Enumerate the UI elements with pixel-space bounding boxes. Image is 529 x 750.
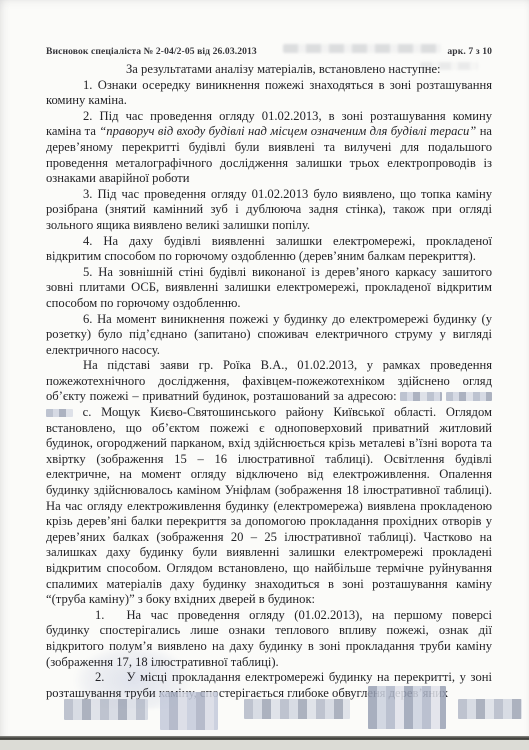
- finding-item-1: 1. Ознаки осередку виникнення пожежі зна…: [46, 78, 492, 109]
- inspection-text: с. Мощук Києво-Святошинського району Киї…: [46, 405, 492, 606]
- observation-2-number: 2.: [95, 670, 104, 684]
- page-number-marker: арк. 7 з 10: [447, 46, 492, 57]
- redacted-footer-block: [64, 699, 148, 720]
- scanner-background: [0, 740, 529, 750]
- finding-item-5: 5. На зовнішній стіні будівлі виконаної …: [46, 265, 492, 312]
- finding-item-3: 3. Під час проведення огляду 01.02.2013 …: [46, 187, 492, 234]
- redacted-footer-block: [458, 699, 522, 719]
- document-header-title: Висновок спеціаліста № 2-04/2-05 від 26.…: [46, 46, 257, 57]
- redacted-address-block: [446, 392, 492, 401]
- observation-1-number: 1.: [95, 608, 104, 622]
- inspection-paragraph: На підставі заяви гр. Роїка В.А., 01.02.…: [46, 358, 492, 608]
- finding-item-2: 2. Під час проведення огляду 01.02.2013,…: [46, 109, 492, 187]
- redacted-footer-block: [160, 692, 218, 730]
- observation-item-1: 1.На час проведення огляду (01.02.2013),…: [46, 608, 492, 670]
- finding-item-4: 4. На даху будівлі виявленні залишки еле…: [46, 234, 492, 265]
- document-body: За результатами аналізу матеріалів, вста…: [46, 62, 492, 701]
- redacted-address-block: [46, 409, 73, 417]
- document-header: Висновок спеціаліста № 2-04/2-05 від 26.…: [46, 46, 492, 57]
- redacted-footer-block: [244, 699, 350, 719]
- finding-item-2-quote: “праворуч від входу будівлі над місцем о…: [99, 124, 476, 138]
- observation-1-text: На час проведення огляду (01.02.2013), н…: [46, 608, 492, 669]
- redacted-footer-block: [368, 686, 446, 729]
- scanned-document-page: Висновок спеціаліста № 2-04/2-05 від 26.…: [0, 0, 529, 738]
- intro-paragraph: За результатами аналізу матеріалів, вста…: [46, 62, 492, 78]
- finding-item-6: 6. На момент виникнення пожежі у будинку…: [46, 312, 492, 359]
- redacted-address-block: [400, 392, 442, 401]
